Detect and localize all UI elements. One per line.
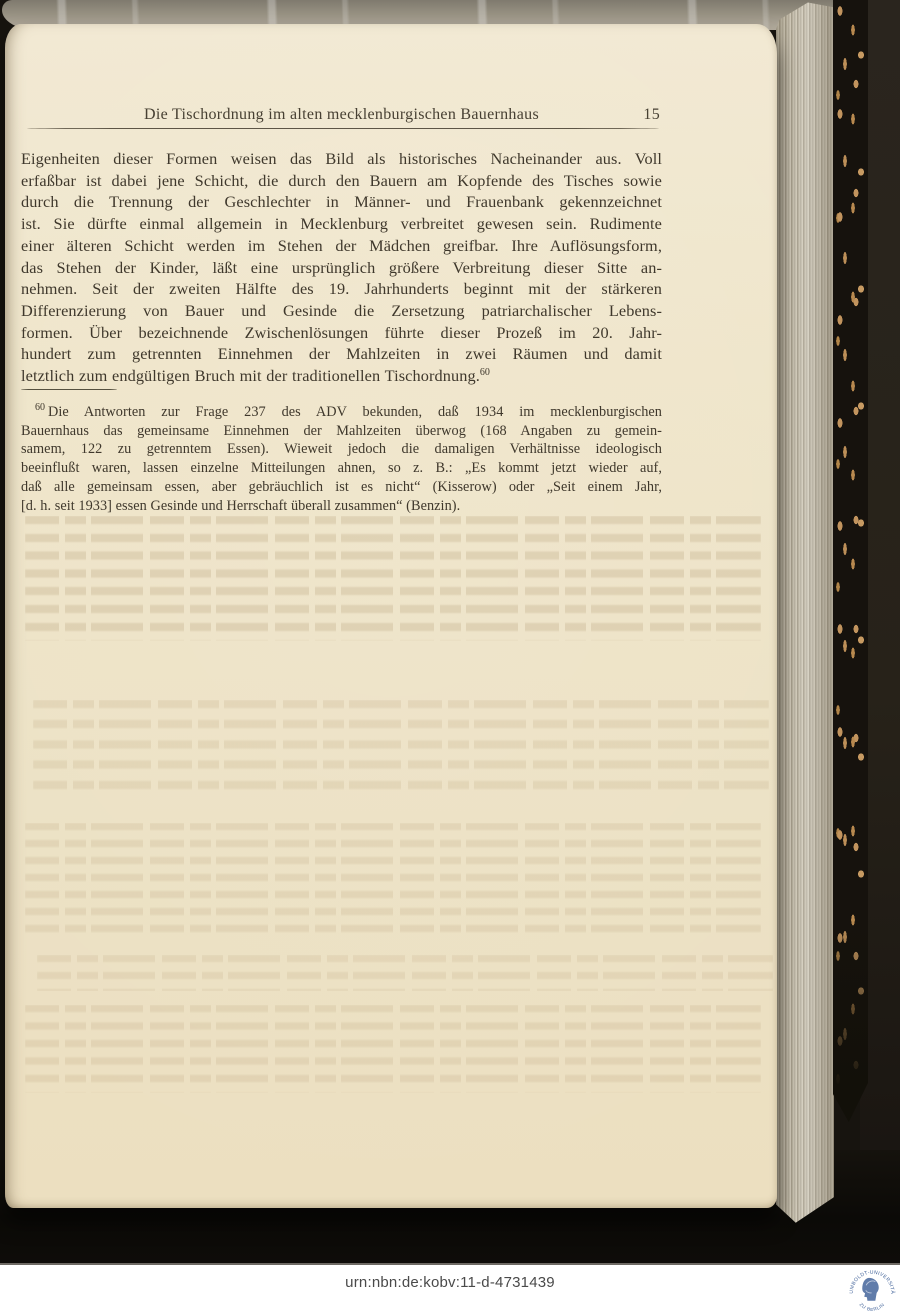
footnote-line-text: Die Antworten zur Frage 237 des ADV beku… bbox=[48, 404, 662, 420]
footnote-marker: 60 bbox=[35, 402, 45, 413]
footnote-line: daß alle gemeinsam essen, aber gebräuchl… bbox=[21, 478, 662, 497]
body-line-text: letztlich zum endgültigen Bruch mit der … bbox=[21, 366, 480, 385]
body-line: das Stehen der Kinder, läßt eine ursprün… bbox=[21, 257, 662, 279]
body-line: hundert zum getrennten Einnehmen der Mah… bbox=[21, 343, 662, 365]
body-line: formen. Über bezeichnende Zwischenlösung… bbox=[21, 322, 662, 344]
footnote-line: Bauernhaus das gemeinsame Einnehmen der … bbox=[21, 422, 662, 441]
page-bleedthrough-block bbox=[37, 955, 773, 991]
humboldt-university-seal-icon: HUMBOLDT-UNIVERSITÄT ZU BERLIN bbox=[847, 1267, 897, 1315]
running-title: Die Tischordnung im alten mecklenburgisc… bbox=[21, 106, 662, 124]
body-line: einer älteren Schicht werden im Stehen d… bbox=[21, 235, 662, 257]
page-bleedthrough-block bbox=[25, 516, 761, 641]
viewer-footer: urn:nbn:de:kobv:11-d-4731439 HUMBOLDT-UN… bbox=[0, 1263, 900, 1315]
page-number: 15 bbox=[643, 106, 660, 124]
body-line: durch die Trennung der Geschlechter in M… bbox=[21, 191, 662, 213]
footnote-line: [d. h. seit 1933] essen Gesinde und Herr… bbox=[21, 497, 662, 516]
page-bleedthrough-block bbox=[25, 823, 761, 942]
page-bleedthrough-block bbox=[33, 700, 769, 801]
seal-text-bottom: ZU BERLIN bbox=[859, 1302, 886, 1312]
body-paragraph: Eigenheiten dieser Formen weisen das Bil… bbox=[21, 148, 662, 387]
running-head: Die Tischordnung im alten mecklenburgisc… bbox=[21, 106, 662, 128]
body-line: letztlich zum endgültigen Bruch mit der … bbox=[21, 365, 662, 387]
running-head-rule bbox=[27, 128, 659, 129]
page-bleedthrough-block bbox=[25, 1005, 761, 1093]
footnote-line: beeinflußt waren, lassen einzelne Mittei… bbox=[21, 459, 662, 478]
body-line: erfaßbar ist dabei jene Schicht, die dur… bbox=[21, 170, 662, 192]
urn-label: urn:nbn:de:kobv:11-d-4731439 bbox=[0, 1274, 900, 1291]
footnote-separator bbox=[21, 389, 117, 390]
body-line: nehmen. Seit der zweiten Hälfte des 19. … bbox=[21, 278, 662, 300]
body-line: Eigenheiten dieser Formen weisen das Bil… bbox=[21, 148, 662, 170]
svg-text:ZU BERLIN: ZU BERLIN bbox=[859, 1302, 886, 1312]
scanned-book-page: Die Tischordnung im alten mecklenburgisc… bbox=[5, 24, 777, 1208]
book-marbled-cover-edge bbox=[833, 0, 868, 1122]
scan-viewer: Die Tischordnung im alten mecklenburgisc… bbox=[0, 0, 900, 1315]
footnote-line: samem, 122 zu getrenntem Essen). Wieweit… bbox=[21, 440, 662, 459]
body-line: ist. Sie dürfte einmal allgemein in Meck… bbox=[21, 213, 662, 235]
footnote-reference: 60 bbox=[480, 367, 490, 378]
book-fore-edge bbox=[776, 0, 834, 1224]
footnote-line: 60Die Antworten zur Frage 237 des ADV be… bbox=[21, 403, 662, 422]
footnote: 60Die Antworten zur Frage 237 des ADV be… bbox=[21, 403, 662, 515]
body-line: Differenzierung von Bauer und Gesinde di… bbox=[21, 300, 662, 322]
page-content: Die Tischordnung im alten mecklenburgisc… bbox=[21, 24, 662, 1208]
